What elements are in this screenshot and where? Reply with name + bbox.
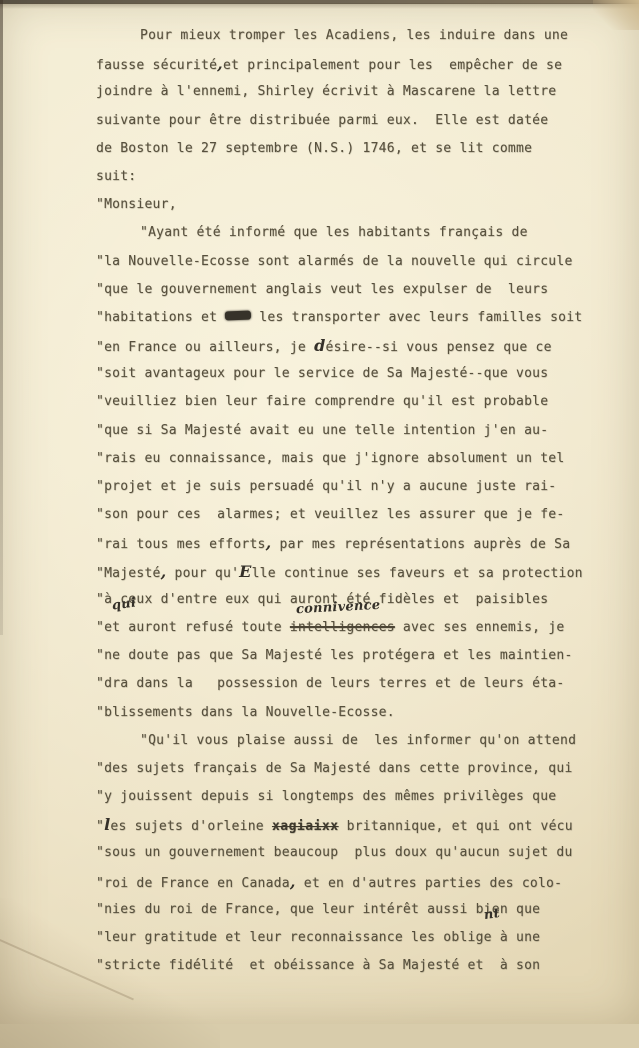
- typed-text: "leur gratitude et leur reconnaissance l…: [96, 930, 492, 945]
- typescript-line: "habitations et les transporter avec leu…: [96, 304, 596, 332]
- ink-blot-redaction: [225, 310, 251, 320]
- typed-text: "y jouissent depuis si longtemps des mêm…: [96, 789, 556, 804]
- typed-text: "des sujets français de Sa Majesté dans …: [96, 761, 573, 776]
- typed-text: pour qu': [166, 566, 239, 581]
- typescript-line: "la Nouvelle-Ecosse sont alarmés de la n…: [96, 248, 596, 276]
- typed-text: fausse sécurité: [96, 58, 217, 73]
- typed-text: "et: [96, 620, 120, 635]
- handwritten-note: qui: [110, 589, 138, 620]
- typed-text: suivante pour être distribuée parmi eux.…: [96, 113, 548, 128]
- typescript-line: "rais eu connaissance, mais que j'ignore…: [96, 445, 596, 473]
- typed-text: "en France ou ailleurs, je: [96, 340, 314, 355]
- typescript-line: "leur gratitude et leur reconnaissance l…: [96, 924, 596, 952]
- handwritten-correction: E: [239, 562, 251, 581]
- typed-text: "rais eu connaissance, mais que j'ignore…: [96, 451, 564, 466]
- paper-top-edge-shadow: [0, 3, 639, 9]
- typescript-line: "sous un gouvernement beaucoup plus doux…: [96, 839, 596, 867]
- typescript-line: "projet et je suis persuadé qu'il n'y a …: [96, 473, 596, 501]
- typed-text: auront refusé toute: [120, 620, 290, 635]
- typescript-line: suit:: [96, 163, 596, 191]
- typed-text: "Ayant été informé que les habitants fra…: [140, 225, 528, 240]
- typed-text: es sujets d'orleine: [110, 819, 272, 834]
- typescript-line: "Majesté, pour qu'Elle continue ses fave…: [96, 558, 596, 586]
- typed-text: ": [96, 819, 104, 834]
- typescript-line: "y jouissent depuis si longtemps des mêm…: [96, 783, 596, 811]
- typed-text: "que si Sa Majesté avait eu une telle in…: [96, 423, 548, 438]
- typescript-line: "rai tous mes efforts, par mes représent…: [96, 529, 596, 557]
- typed-text: "son pour ces alarmes; et veuillez les a…: [96, 507, 564, 522]
- handwritten-correction: d: [314, 336, 325, 355]
- typed-text: "que le gouvernement anglais veut les ex…: [96, 282, 548, 297]
- struck-word: intelligencesconnivence: [290, 620, 395, 635]
- typescript-line: "que le gouvernement anglais veut les ex…: [96, 276, 596, 304]
- typed-text: "Monsieur,: [96, 197, 177, 212]
- typescript-line: "les sujets d'orleine xagiaixx britanniq…: [96, 811, 596, 839]
- typed-text: "stricte fidélité et obéissance à Sa Maj…: [96, 958, 540, 973]
- typescript-line: de Boston le 27 septembre (N.S.) 1746, e…: [96, 135, 596, 163]
- typescript-line: "soit avantageux pour le service de Sa M…: [96, 360, 596, 388]
- typed-text: "blissements dans la Nouvelle-Ecosse.: [96, 705, 395, 720]
- typed-text: "projet et je suis persuadé qu'il n'y a …: [96, 479, 556, 494]
- handwritten-note: connivence: [295, 592, 381, 625]
- typescript-line: "veuilliez bien leur faire comprendre qu…: [96, 388, 596, 416]
- typescript-line: "des sujets français de Sa Majesté dans …: [96, 755, 596, 783]
- typescript-line: "son pour ces alarmes; et veuillez les a…: [96, 501, 596, 529]
- typed-text: "rai tous mes efforts: [96, 537, 266, 552]
- typescript-line: "Ayant été informé que les habitants fra…: [96, 219, 596, 247]
- typed-text: à une: [492, 930, 540, 945]
- typescript-line: "etqui auront refusé toute intelligences…: [96, 614, 596, 642]
- typed-text: joindre à l'ennemi, Shirley écrivit à Ma…: [96, 84, 556, 99]
- typescript-line: suivante pour être distribuée parmi eux.…: [96, 107, 596, 135]
- typescript-line: "stricte fidélité et obéissance à Sa Maj…: [96, 952, 596, 980]
- typescript-line: "Qu'il vous plaise aussi de les informer…: [96, 727, 596, 755]
- typed-text: et en d'autres parties des colo-: [296, 876, 563, 891]
- typed-text: "la Nouvelle-Ecosse sont alarmés de la n…: [96, 254, 573, 269]
- typed-text: par mes représentations auprès de Sa: [271, 537, 570, 552]
- typed-text: lle continue ses faveurs et sa protectio…: [252, 566, 583, 581]
- typed-text: Pour mieux tromper les Acadiens, les ind…: [140, 28, 568, 43]
- typed-text: "Majesté: [96, 566, 161, 581]
- aged-paper-page: Pour mieux tromper les Acadiens, les ind…: [0, 0, 639, 1024]
- typescript-line: "dra dans la possession de leurs terres …: [96, 670, 596, 698]
- typed-text: suit:: [96, 169, 136, 184]
- typescript-line: "blissements dans la Nouvelle-Ecosse.: [96, 699, 596, 727]
- typed-text: les transporter avec leurs familles soit: [251, 310, 582, 325]
- typescript-line: "que si Sa Majesté avait eu une telle in…: [96, 417, 596, 445]
- typescript-line: "nies du roi de France, que leur intérêt…: [96, 896, 596, 924]
- typescript-line: "en France ou ailleurs, je désire--si vo…: [96, 332, 596, 360]
- overtyped-word: xagiaixx: [272, 819, 339, 834]
- handwritten-note: nt: [482, 900, 502, 930]
- typed-text: et principalement pour les empêcher de s…: [223, 58, 562, 73]
- typed-text: "roi de France en Canada: [96, 876, 290, 891]
- typescript-text-block: Pour mieux tromper les Acadiens, les ind…: [96, 22, 596, 980]
- typed-text: "dra dans la possession de leurs terres …: [96, 676, 564, 691]
- typescript-line: "Monsieur,: [96, 191, 596, 219]
- typed-text: "ne doute pas que Sa Majesté les protége…: [96, 648, 573, 663]
- typescript-line: Pour mieux tromper les Acadiens, les ind…: [96, 22, 596, 50]
- typed-text: "sous un gouvernement beaucoup plus doux…: [96, 845, 573, 860]
- typed-text: "veuilliez bien leur faire comprendre qu…: [96, 394, 548, 409]
- typed-text: "habitations et: [96, 310, 225, 325]
- typed-text: britannique, et qui ont vécu: [339, 819, 573, 834]
- typescript-line: fausse sécurité,et principalement pour l…: [96, 50, 596, 78]
- typed-text: "nies du roi de France, que leur intérêt…: [96, 902, 540, 917]
- typescript-line: joindre à l'ennemi, Shirley écrivit à Ma…: [96, 78, 596, 106]
- typed-text: ésire--si vous pensez que ce: [326, 340, 552, 355]
- typed-text: "soit avantageux pour le service de Sa M…: [96, 366, 548, 381]
- paper-top-right-discoloration: [593, 0, 639, 30]
- typescript-line: "ne doute pas que Sa Majesté les protége…: [96, 642, 596, 670]
- typed-text: avec ses ennemis, je: [395, 620, 565, 635]
- paper-left-edge: [0, 0, 3, 635]
- typed-text: de Boston le 27 septembre (N.S.) 1746, e…: [96, 141, 532, 156]
- typed-text: "Qu'il vous plaise aussi de les informer…: [140, 733, 576, 748]
- typescript-line: "roi de France en Canada, et en d'autres…: [96, 868, 596, 896]
